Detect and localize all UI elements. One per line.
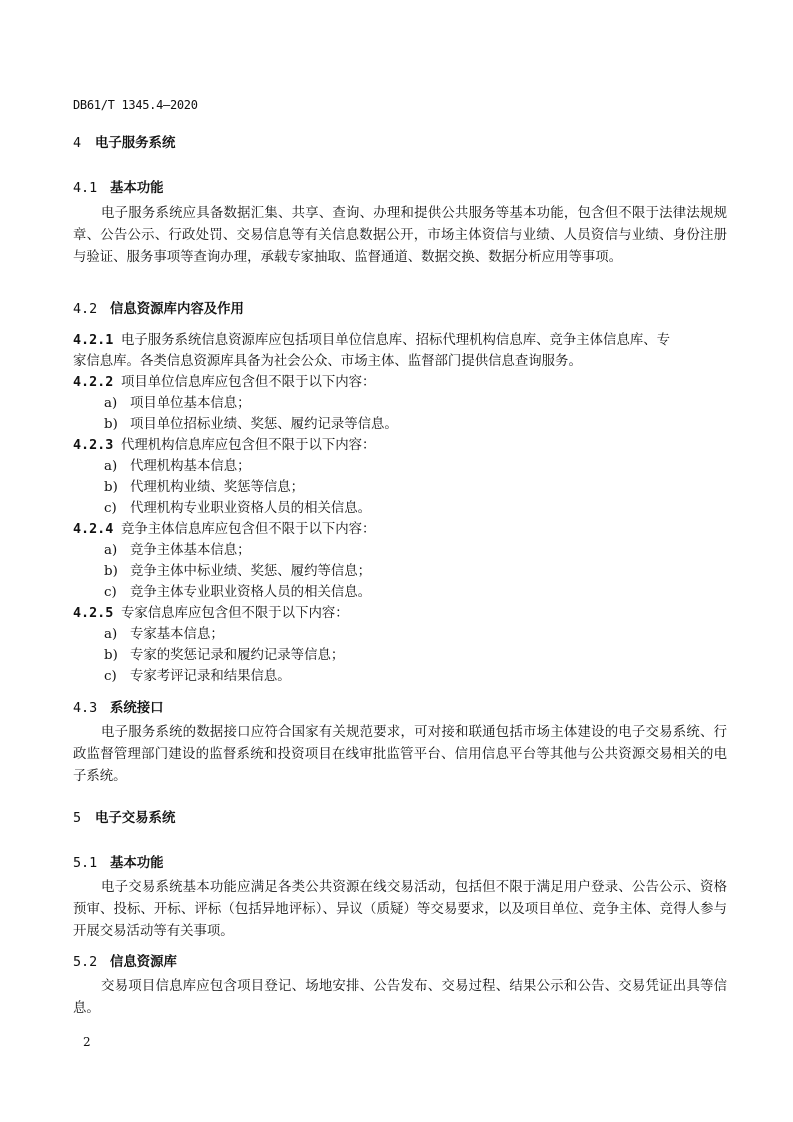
- list-item: a)代理机构基本信息；: [104, 455, 251, 474]
- heading-5-2: 5.2信息资源库: [73, 951, 177, 970]
- heading-4-3: 4.3系统接口: [73, 697, 164, 716]
- list-item: a)项目单位基本信息；: [104, 392, 251, 411]
- list-item: b)竞争主体中标业绩、奖惩、履约等信息；: [104, 560, 371, 579]
- list-item: b)专家的奖惩记录和履约记录等信息；: [104, 644, 344, 663]
- document-page: DB61/T 1345.4—2020 4电子服务系统 4.1基本功能 电子服务系…: [0, 0, 793, 1122]
- list-item: c)专家考评记录和结果信息。: [104, 665, 291, 684]
- document-id: DB61/T 1345.4—2020: [73, 98, 198, 112]
- list-item: b)代理机构业绩、奖惩等信息；: [104, 476, 304, 495]
- clause-4-2-1-cont: 家信息库。各类信息资源库具备为社会公众、市场主体、监督部门提供信息查询服务。: [73, 350, 582, 369]
- list-item: c)代理机构专业职业资格人员的相关信息。: [104, 497, 371, 516]
- clause-4-2-1: 4.2.1电子服务系统信息资源库应包括项目单位信息库、招标代理机构信息库、竞争主…: [73, 329, 670, 348]
- heading-5: 5电子交易系统: [73, 807, 175, 826]
- paragraph-5-2: 交易项目信息库应包含项目登记、场地安排、公告发布、交易过程、结果公示和公告、交易…: [73, 976, 727, 1020]
- clause-4-2-3: 4.2.3代理机构信息库应包含但不限于以下内容：: [73, 434, 375, 453]
- heading-4-2: 4.2信息资源库内容及作用: [73, 298, 244, 317]
- heading-5-1: 5.1基本功能: [73, 852, 164, 871]
- clause-4-2-4: 4.2.4竞争主体信息库应包含但不限于以下内容：: [73, 518, 375, 537]
- paragraph-4-1: 电子服务系统应具备数据汇集、共享、查询、办理和提供公共服务等基本功能，包含但不限…: [73, 203, 727, 269]
- paragraph-4-3: 电子服务系统的数据接口应符合国家有关规范要求，可对接和联通包括市场主体建设的电子…: [73, 722, 727, 788]
- list-item: a)竞争主体基本信息；: [104, 539, 251, 558]
- list-item: b)项目单位招标业绩、奖惩、履约记录等信息。: [104, 413, 398, 432]
- heading-4-1: 4.1基本功能: [73, 177, 164, 196]
- page-number: 2: [83, 1035, 91, 1049]
- heading-4: 4电子服务系统: [73, 132, 175, 151]
- list-item: a)专家基本信息；: [104, 623, 224, 642]
- paragraph-5-1: 电子交易系统基本功能应满足各类公共资源在线交易活动，包括但不限于满足用户登录、公…: [73, 877, 727, 943]
- clause-4-2-2: 4.2.2项目单位信息库应包含但不限于以下内容：: [73, 371, 375, 390]
- list-item: c)竞争主体专业职业资格人员的相关信息。: [104, 581, 371, 600]
- clause-4-2-5: 4.2.5专家信息库应包含但不限于以下内容：: [73, 602, 349, 621]
